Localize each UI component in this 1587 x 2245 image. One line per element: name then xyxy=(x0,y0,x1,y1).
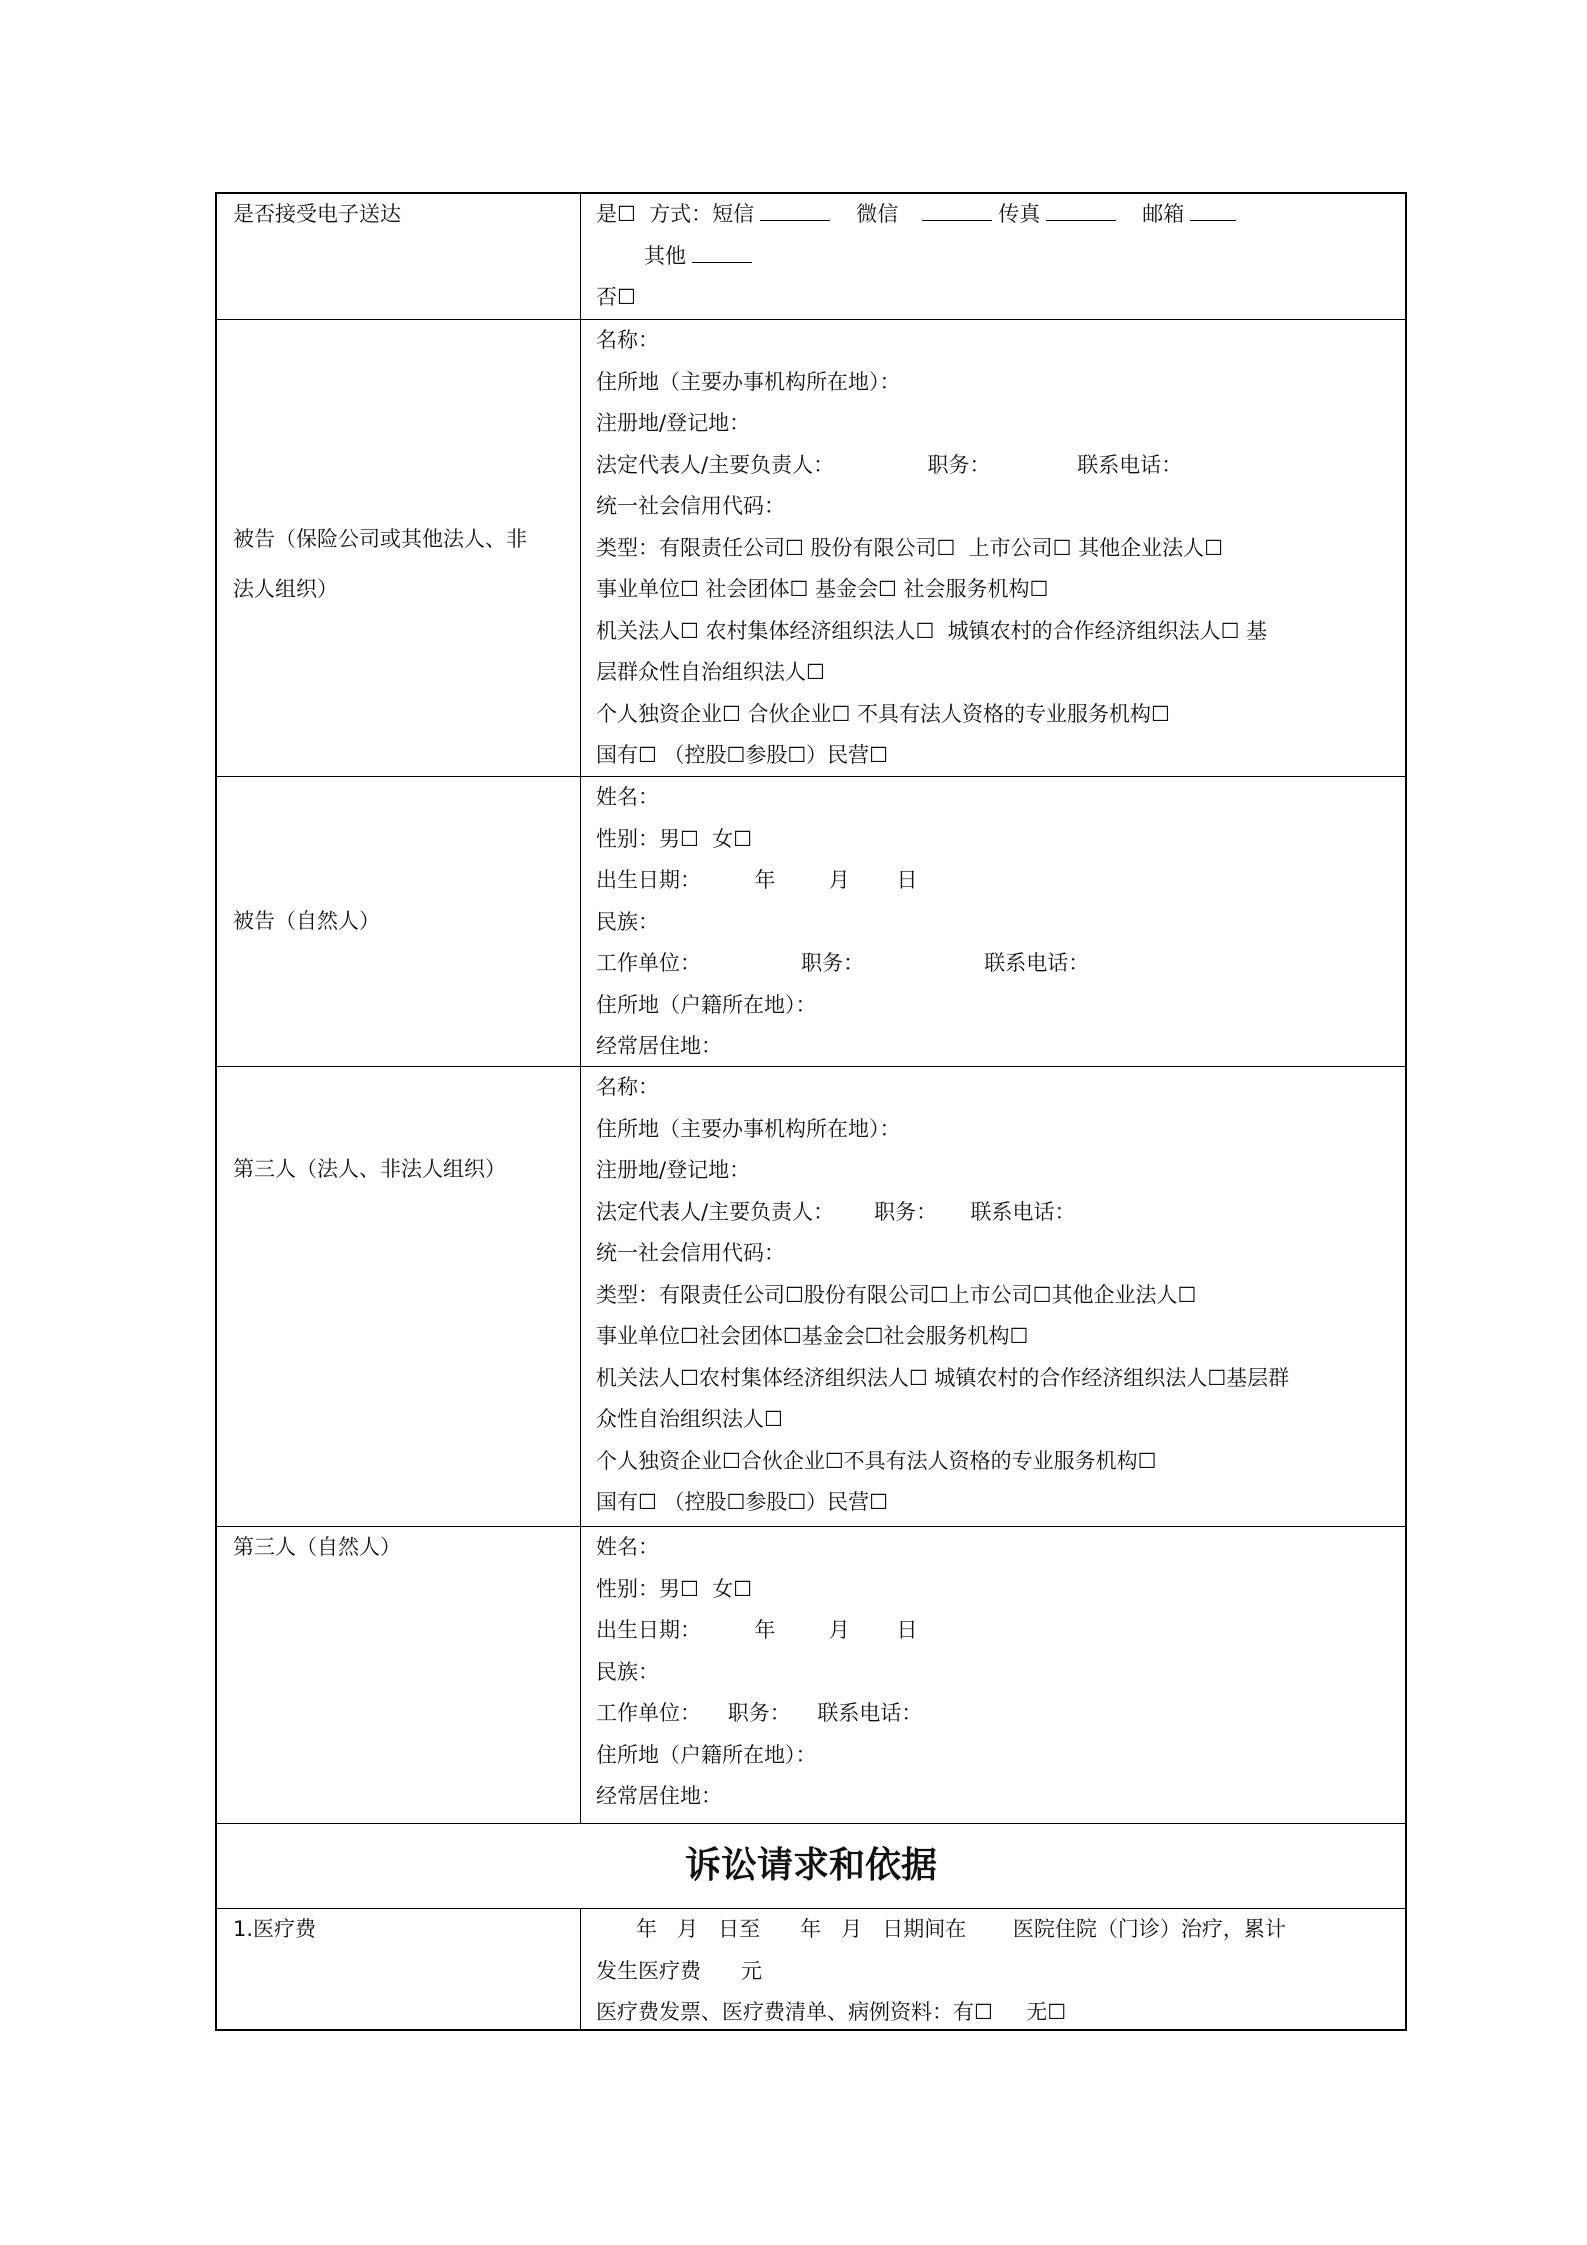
medical-fee-label: 1.医疗费 xyxy=(233,1909,580,1951)
field-line: 经常居住地： xyxy=(596,1776,1405,1818)
third-party-natural-label: 第三人（自然人） xyxy=(233,1527,580,1569)
field-line: 工作单位： 职务： 联系电话： xyxy=(596,1693,1405,1735)
method-sms: 短信 xyxy=(712,202,754,226)
field-line: 统一社会信用代码： xyxy=(596,486,1405,528)
section-title: 诉讼请求和依据 xyxy=(217,1824,1405,1908)
field-line: 住所地（主要办事机构所在地）： xyxy=(596,1109,1405,1151)
type-options-line[interactable]: 机关法人☐ 农村集体经济组织法人☐ 城镇农村的合作经济组织法人☐ 基 xyxy=(596,611,1405,653)
field-line: 出生日期： 年 月 日 xyxy=(596,1610,1405,1652)
ownership-options-line[interactable]: 国有☐ （控股☐参股☐）民营☐ xyxy=(596,1482,1405,1524)
field-line: 名称： xyxy=(596,1067,1405,1109)
label-cell: 被告（自然人） xyxy=(217,777,581,1066)
field-line: 住所地（户籍所在地）： xyxy=(596,985,1405,1027)
third-party-legal-label: 第三人（法人、非法人组织） xyxy=(233,1149,506,1191)
label-cell: 1.医疗费 xyxy=(217,1909,581,2029)
type-options-line[interactable]: 个人独资企业☐合伙企业☐不具有法人资格的专业服务机构☐ xyxy=(596,1441,1405,1483)
field-line: 姓名： xyxy=(596,777,1405,819)
sms-blank[interactable] xyxy=(760,198,830,221)
defendant-legal-label-line1: 被告（保险公司或其他法人、非 xyxy=(233,514,527,564)
type-options-line[interactable]: 机关法人☐农村集体经济组织法人☐ 城镇农村的合作经济组织法人☐基层群 xyxy=(596,1358,1405,1400)
row-defendant-legal: 被告（保险公司或其他法人、非 法人组织） 名称： 住所地（主要办事机构所在地）：… xyxy=(217,319,1405,776)
electronic-service-other-line: 其他 xyxy=(596,236,1405,278)
field-line: 注册地/登记地： xyxy=(596,403,1405,445)
field-line: 工作单位： 职务： 联系电话： xyxy=(596,943,1405,985)
gender-options-line[interactable]: 性别：男☐ 女☐ xyxy=(596,1569,1405,1611)
electronic-service-yes-line: 是☐ 方式：短信 微信传真 邮箱 xyxy=(596,194,1405,236)
field-line: 民族： xyxy=(596,1652,1405,1694)
field-line: 名称： xyxy=(596,320,1405,362)
field-line: 姓名： xyxy=(596,1527,1405,1569)
evidence-options-line[interactable]: 医疗费发票、医疗费清单、病例资料：有☐ 无☐ xyxy=(596,1992,1405,2034)
method-label: 方式： xyxy=(649,202,712,226)
value-cell: 是☐ 方式：短信 微信传真 邮箱 其他 否☐ xyxy=(581,194,1405,319)
row-defendant-natural: 被告（自然人） 姓名： 性别：男☐ 女☐ 出生日期： 年 月 日 民族： 工作单… xyxy=(217,776,1405,1066)
value-cell: 年 月 日至 年 月 日期间在 医院住院（门诊）治疗，累计 发生医疗费 元 医疗… xyxy=(581,1909,1405,2029)
type-options-line[interactable]: 层群众性自治组织法人☐ xyxy=(596,652,1405,694)
electronic-service-label: 是否接受电子送达 xyxy=(233,194,580,236)
field-line: 发生医疗费 元 xyxy=(596,1951,1405,1993)
field-line: 法定代表人/主要负责人： 职务： 联系电话： xyxy=(596,445,1405,487)
field-line: 出生日期： 年 月 日 xyxy=(596,860,1405,902)
label-cell: 第三人（自然人） xyxy=(217,1527,581,1823)
method-wechat: 微信 xyxy=(856,202,898,226)
gender-options-line[interactable]: 性别：男☐ 女☐ xyxy=(596,819,1405,861)
defendant-natural-label: 被告（自然人） xyxy=(233,901,380,943)
method-fax: 传真 xyxy=(998,202,1040,226)
field-line: 民族： xyxy=(596,902,1405,944)
type-options-line[interactable]: 事业单位☐社会团体☐基金会☐社会服务机构☐ xyxy=(596,1316,1405,1358)
field-line: 住所地（主要办事机构所在地）： xyxy=(596,362,1405,404)
type-options-line[interactable]: 个人独资企业☐ 合伙企业☐ 不具有法人资格的专业服务机构☐ xyxy=(596,694,1405,736)
row-claims-header: 诉讼请求和依据 xyxy=(217,1823,1405,1908)
type-options-line[interactable]: 众性自治组织法人☐ xyxy=(596,1399,1405,1441)
row-electronic-service: 是否接受电子送达 是☐ 方式：短信 微信传真 邮箱 其他 否☐ xyxy=(217,194,1405,319)
fax-blank[interactable] xyxy=(1046,198,1116,221)
defendant-legal-label-line2: 法人组织） xyxy=(233,564,527,614)
electronic-service-no-line[interactable]: 否☐ xyxy=(596,277,1405,319)
value-cell: 姓名： 性别：男☐ 女☐ 出生日期： 年 月 日 民族： 工作单位： 职务： 联… xyxy=(581,1527,1405,1823)
label-cell: 被告（保险公司或其他法人、非 法人组织） xyxy=(217,320,581,776)
label-cell: 第三人（法人、非法人组织） xyxy=(217,1067,581,1526)
complaint-form-table: 是否接受电子送达 是☐ 方式：短信 微信传真 邮箱 其他 否☐ 被告（保险公司或… xyxy=(215,192,1407,2031)
row-third-party-natural: 第三人（自然人） 姓名： 性别：男☐ 女☐ 出生日期： 年 月 日 民族： 工作… xyxy=(217,1526,1405,1823)
wechat-blank[interactable] xyxy=(922,198,992,221)
row-third-party-legal: 第三人（法人、非法人组织） 名称： 住所地（主要办事机构所在地）： 注册地/登记… xyxy=(217,1066,1405,1526)
email-blank[interactable] xyxy=(1190,198,1236,221)
ownership-options-line[interactable]: 国有☐ （控股☐参股☐）民营☐ xyxy=(596,735,1405,777)
yes-checkbox[interactable]: 是☐ xyxy=(596,202,636,226)
value-cell: 名称： 住所地（主要办事机构所在地）： 注册地/登记地： 法定代表人/主要负责人… xyxy=(581,320,1405,776)
field-line: 法定代表人/主要负责人： 职务： 联系电话： xyxy=(596,1192,1405,1234)
field-line: 住所地（户籍所在地）： xyxy=(596,1735,1405,1777)
label-cell: 是否接受电子送达 xyxy=(217,194,581,319)
value-cell: 姓名： 性别：男☐ 女☐ 出生日期： 年 月 日 民族： 工作单位： 职务： 联… xyxy=(581,777,1405,1066)
method-email: 邮箱 xyxy=(1142,202,1184,226)
field-line: 年 月 日至 年 月 日期间在 医院住院（门诊）治疗，累计 xyxy=(596,1909,1405,1951)
field-line: 统一社会信用代码： xyxy=(596,1233,1405,1275)
field-line: 注册地/登记地： xyxy=(596,1150,1405,1192)
type-options-line[interactable]: 类型：有限责任公司☐ 股份有限公司☐ 上市公司☐ 其他企业法人☐ xyxy=(596,528,1405,570)
other-blank[interactable] xyxy=(692,240,752,263)
field-line: 经常居住地： xyxy=(596,1026,1405,1068)
value-cell: 名称： 住所地（主要办事机构所在地）： 注册地/登记地： 法定代表人/主要负责人… xyxy=(581,1067,1405,1526)
type-options-line[interactable]: 事业单位☐ 社会团体☐ 基金会☐ 社会服务机构☐ xyxy=(596,569,1405,611)
document-page: 是否接受电子送达 是☐ 方式：短信 微信传真 邮箱 其他 否☐ 被告（保险公司或… xyxy=(0,0,1587,2245)
type-options-line[interactable]: 类型：有限责任公司☐股份有限公司☐上市公司☐其他企业法人☐ xyxy=(596,1275,1405,1317)
row-medical-fee: 1.医疗费 年 月 日至 年 月 日期间在 医院住院（门诊）治疗，累计 发生医疗… xyxy=(217,1908,1405,2029)
other-label: 其他 xyxy=(644,244,686,268)
